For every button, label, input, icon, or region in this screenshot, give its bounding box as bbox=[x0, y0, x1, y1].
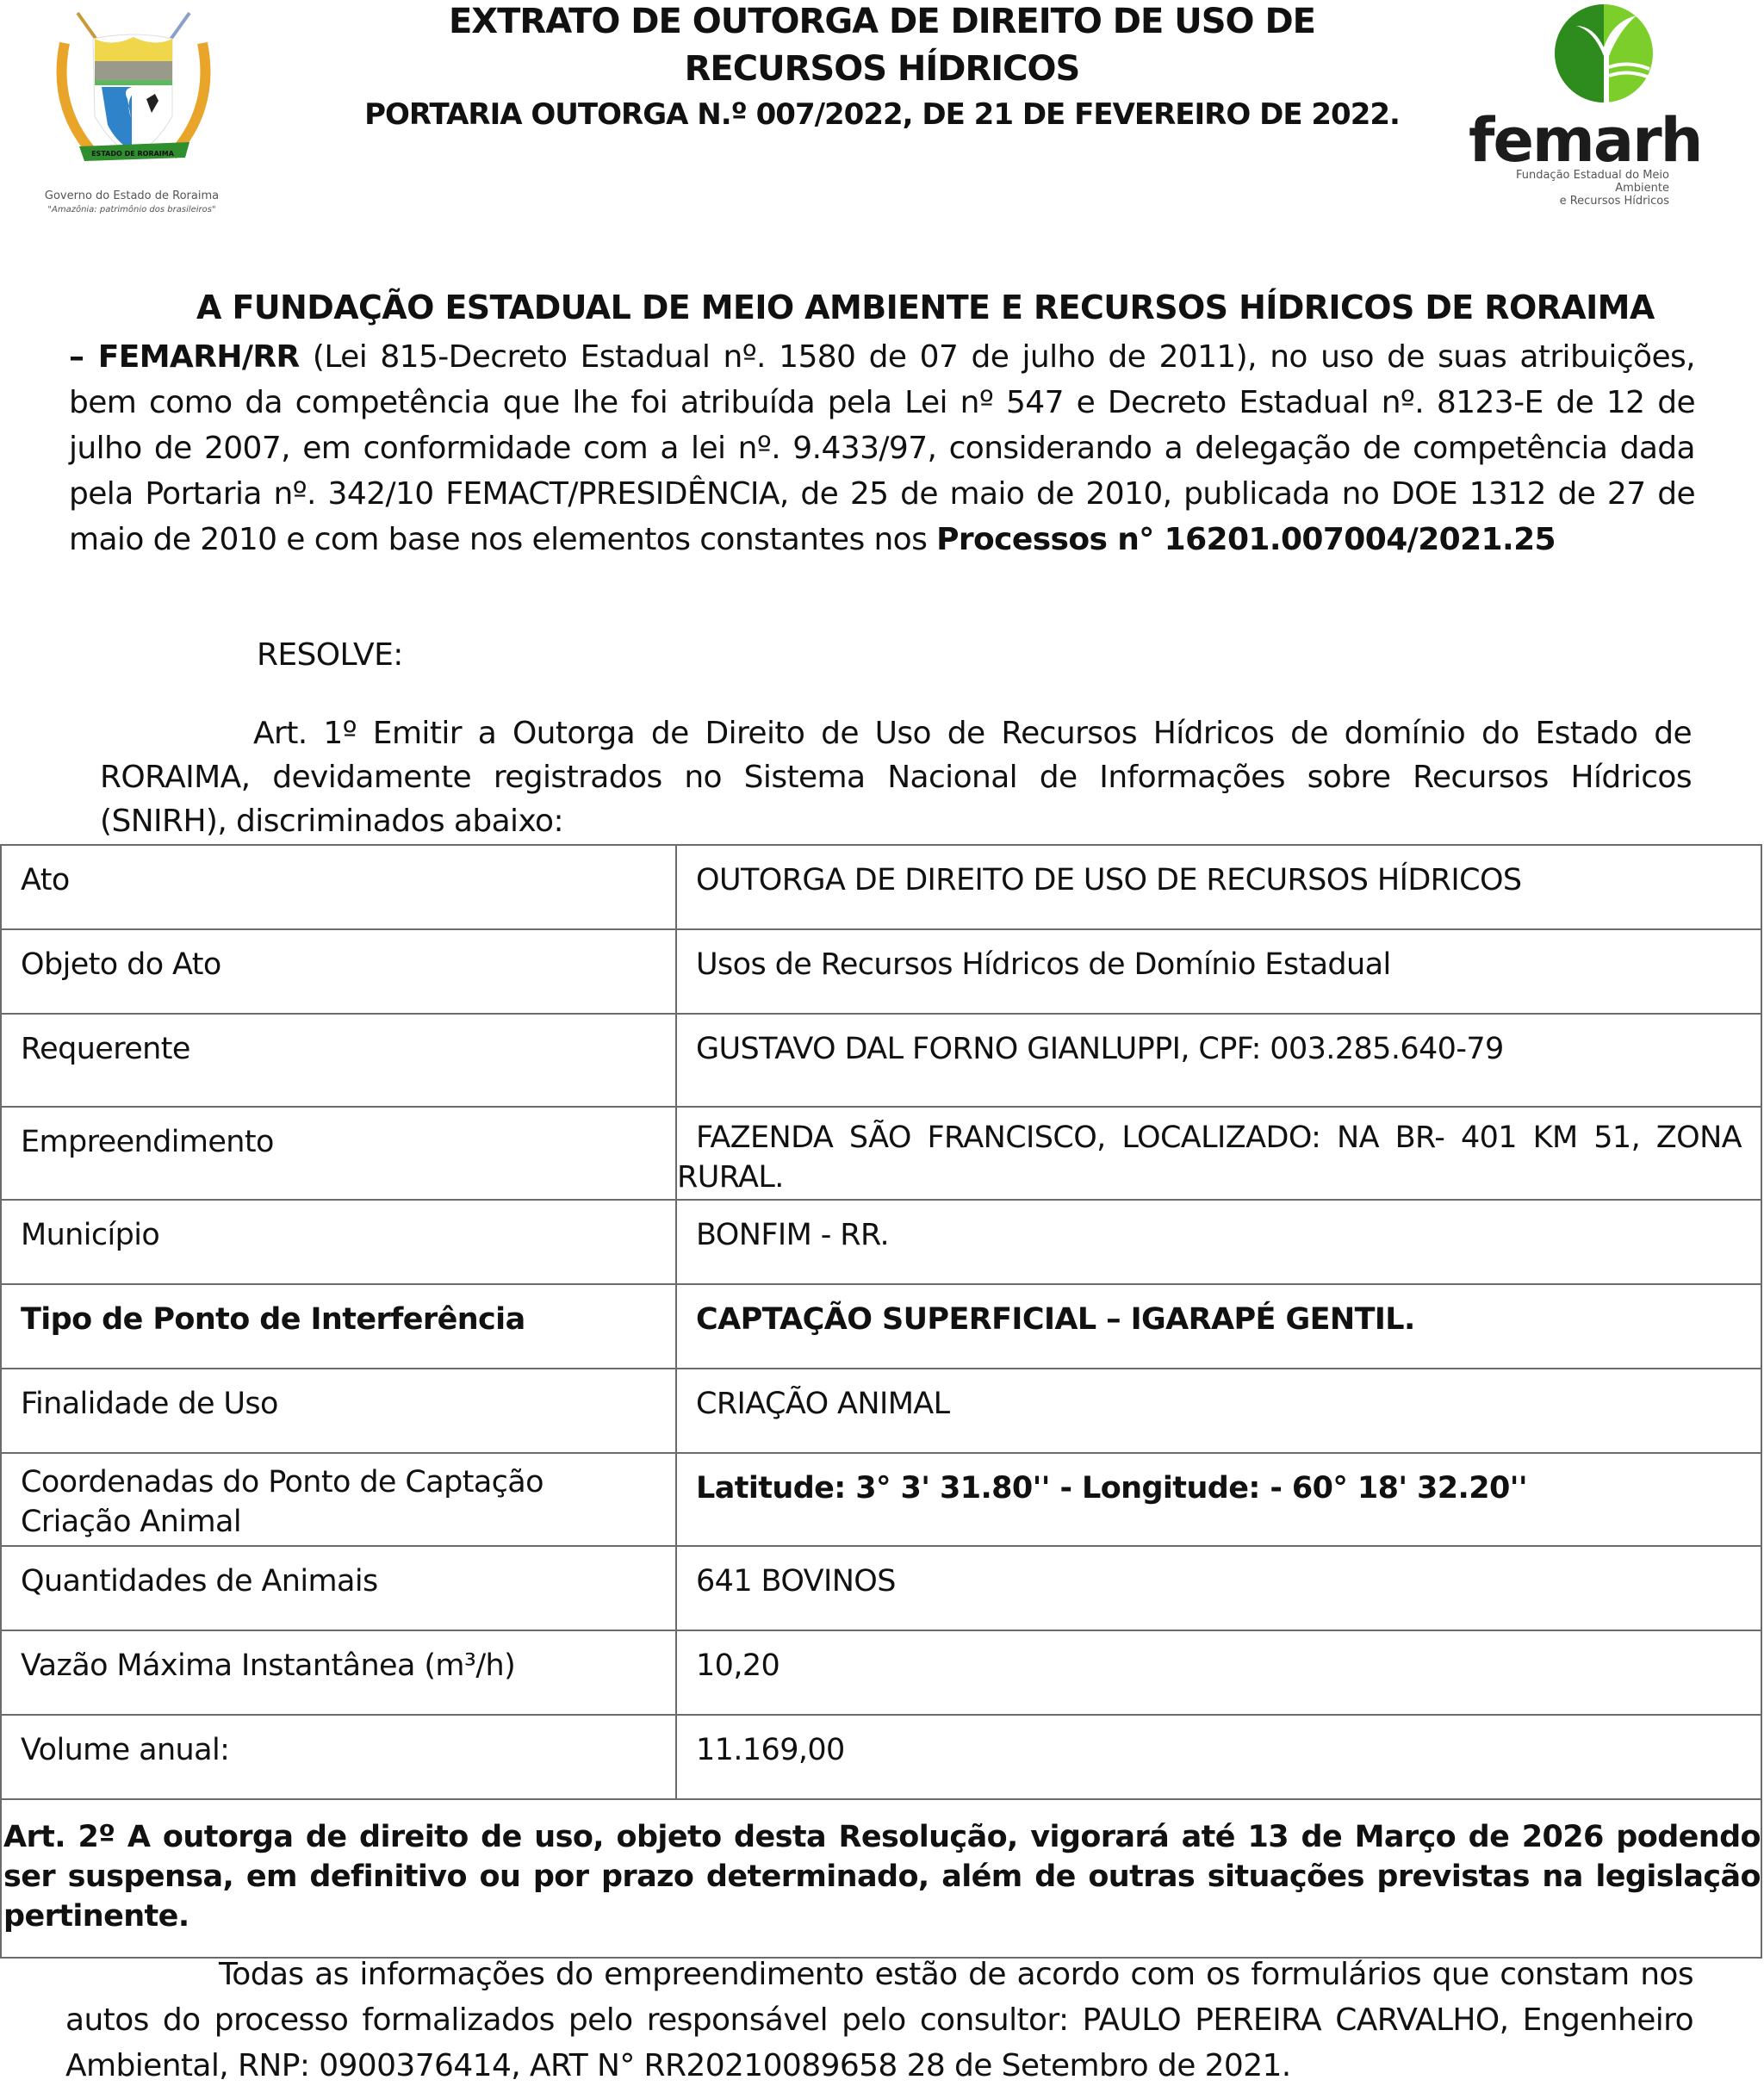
row-value-vazao: 10,20 bbox=[676, 1630, 1761, 1715]
gov-caption-text: Governo do Estado de Roraima bbox=[24, 189, 239, 203]
row-value-municipio: BONFIM - RR. bbox=[676, 1200, 1761, 1284]
row-label-quantidade-animais: Quantidades de Animais bbox=[1, 1546, 676, 1630]
table-row: Requerente GUSTAVO DAL FORNO GIANLUPPI, … bbox=[1, 1014, 1761, 1107]
row-label-requerente: Requerente bbox=[1, 1014, 676, 1107]
document-title-line-1: EXTRATO DE OUTORGA DE DIREITO DE USO DE bbox=[0, 2, 1764, 41]
row-label-ato: Ato bbox=[1, 845, 676, 929]
row-label-empreendimento: Empreendimento bbox=[1, 1107, 676, 1200]
row-value-requerente: GUSTAVO DAL FORNO GIANLUPPI, CPF: 003.28… bbox=[676, 1014, 1761, 1107]
intro-paragraph: – FEMARH/RR (Lei 815-Decreto Estadual nº… bbox=[69, 334, 1695, 562]
svg-text:ESTADO DE RORAIMA: ESTADO DE RORAIMA bbox=[91, 150, 175, 158]
table-row: Empreendimento FAZENDA SÃO FRANCISCO, LO… bbox=[1, 1107, 1761, 1200]
table-row: Município BONFIM - RR. bbox=[1, 1200, 1761, 1284]
row-label-vazao: Vazão Máxima Instantânea (m³/h) bbox=[1, 1630, 676, 1715]
article-1: Art. 1º Emitir a Outorga de Direito de U… bbox=[100, 711, 1692, 843]
gov-logo-caption: Governo do Estado de Roraima "Amazônia: … bbox=[24, 189, 239, 217]
row-value-coordenadas: Latitude: 3° 3' 31.80'' - Longitude: - 6… bbox=[676, 1453, 1761, 1546]
grant-details-table: Ato OUTORGA DE DIREITO DE USO DE RECURSO… bbox=[0, 844, 1762, 1959]
row-value-tipo-ponto: CAPTAÇÃO SUPERFICIAL – IGARAPÉ GENTIL. bbox=[676, 1284, 1761, 1369]
femarh-subtitle-line-2: e Recursos Hídricos bbox=[1471, 195, 1669, 208]
table-row: Quantidades de Animais 641 BOVINOS bbox=[1, 1546, 1761, 1630]
row-value-ato: OUTORGA DE DIREITO DE USO DE RECURSOS HÍ… bbox=[676, 845, 1761, 929]
row-label-coordenadas: Coordenadas do Ponto de Captação Criação… bbox=[1, 1453, 676, 1546]
table-row: Tipo de Ponto de Interferência CAPTAÇÃO … bbox=[1, 1284, 1761, 1369]
row-label-objeto: Objeto do Ato bbox=[1, 929, 676, 1014]
table-row-article-2: Art. 2º A outorga de direito de uso, obj… bbox=[1, 1799, 1761, 1958]
row-value-finalidade: CRIAÇÃO ANIMAL bbox=[676, 1369, 1761, 1453]
row-label-volume: Volume anual: bbox=[1, 1715, 676, 1799]
row-label-tipo-ponto: Tipo de Ponto de Interferência bbox=[1, 1284, 676, 1369]
table-row: Ato OUTORGA DE DIREITO DE USO DE RECURSO… bbox=[1, 845, 1761, 929]
document-title-line-2: RECURSOS HÍDRICOS bbox=[0, 49, 1764, 89]
femarh-subtitle-line-1: Fundação Estadual do Meio Ambiente bbox=[1471, 169, 1669, 195]
row-value-volume: 11.169,00 bbox=[676, 1715, 1761, 1799]
row-value-quantidade-animais: 641 BOVINOS bbox=[676, 1546, 1761, 1630]
process-number: Processos n° 16201.007004/2021.25 bbox=[936, 522, 1556, 557]
femarh-subtitle: Fundação Estadual do Meio Ambiente e Rec… bbox=[1471, 169, 1669, 208]
org-abbrev: – FEMARH/RR bbox=[69, 339, 300, 375]
row-label-municipio: Município bbox=[1, 1200, 676, 1284]
portaria-number: PORTARIA OUTORGA N.º 007/2022, DE 21 DE … bbox=[0, 97, 1764, 132]
table-row: Objeto do Ato Usos de Recursos Hídricos … bbox=[1, 929, 1761, 1014]
table-row: Finalidade de Uso CRIAÇÃO ANIMAL bbox=[1, 1369, 1761, 1453]
table-row: Coordenadas do Ponto de Captação Criação… bbox=[1, 1453, 1761, 1546]
row-label-finalidade: Finalidade de Uso bbox=[1, 1369, 676, 1453]
row-value-empreendimento: FAZENDA SÃO FRANCISCO, LOCALIZADO: NA BR… bbox=[676, 1107, 1761, 1200]
intro-heading: A FUNDAÇÃO ESTADUAL DE MEIO AMBIENTE E R… bbox=[196, 289, 1655, 326]
gov-caption-motto: "Amazônia: patrimônio dos brasileiros" bbox=[24, 203, 239, 217]
article-2: Art. 2º A outorga de direito de uso, obj… bbox=[1, 1799, 1761, 1958]
table-row: Vazão Máxima Instantânea (m³/h) 10,20 bbox=[1, 1630, 1761, 1715]
row-value-objeto: Usos de Recursos Hídricos de Domínio Est… bbox=[676, 929, 1761, 1014]
resolve-label: RESOLVE: bbox=[257, 637, 403, 673]
closing-paragraph: Todas as informações do empreendimento e… bbox=[65, 1952, 1693, 2086]
table-row: Volume anual: 11.169,00 bbox=[1, 1715, 1761, 1799]
